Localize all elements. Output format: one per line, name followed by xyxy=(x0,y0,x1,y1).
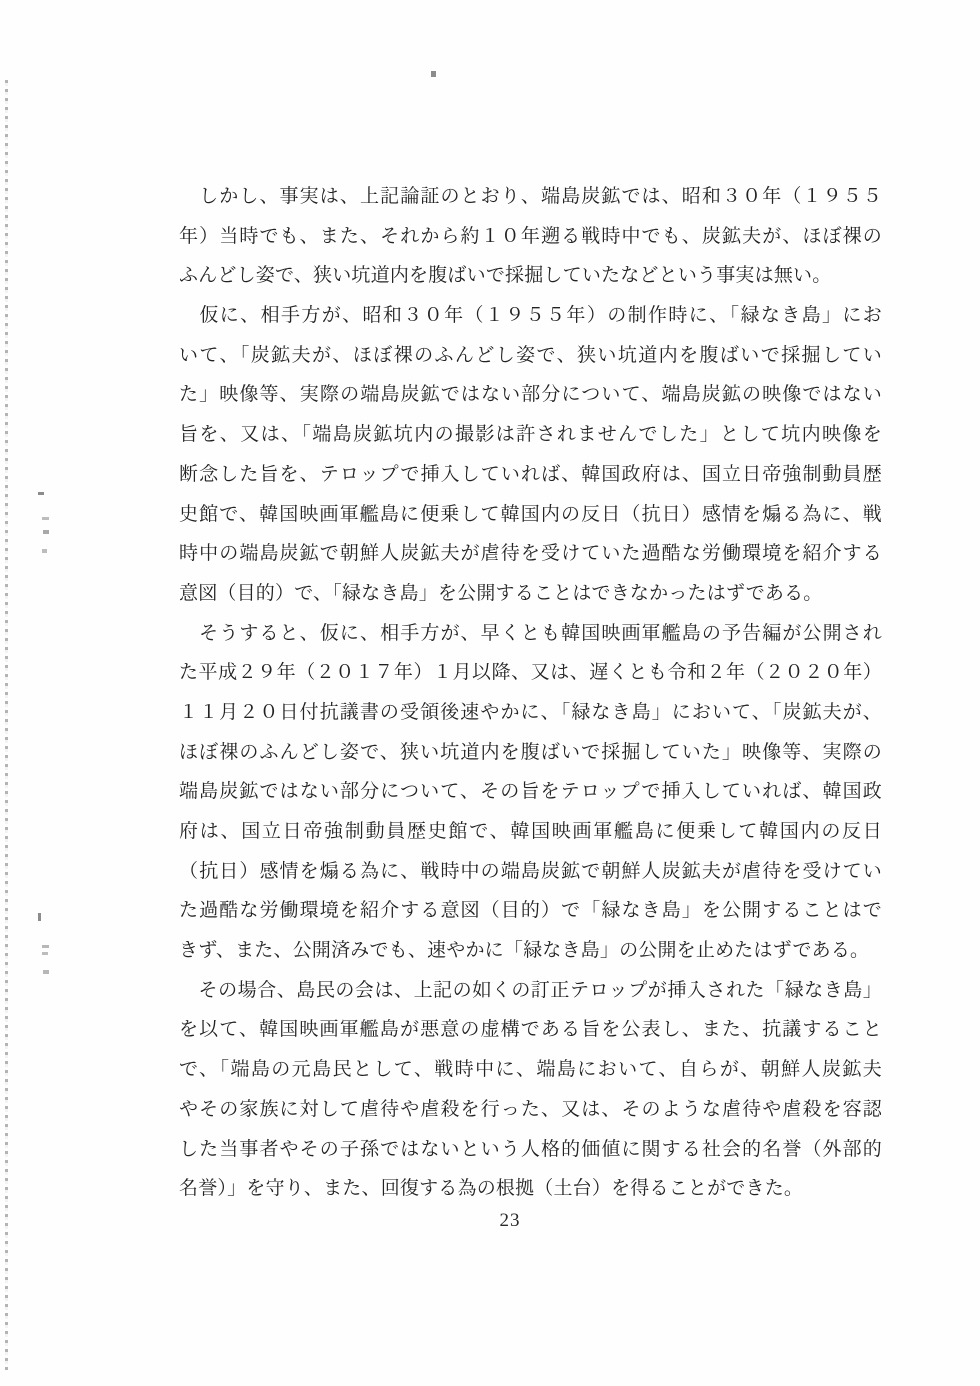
text-line: ふんどし姿で、狭い坑道内を腹ばいで採掘していたなどという事実は無い。 xyxy=(179,256,882,296)
scan-speck xyxy=(431,71,436,77)
text-line: た」映像等、実際の端島炭鉱ではない部分について、端島炭鉱の映像ではない xyxy=(179,375,882,415)
page-number: 23 xyxy=(150,1210,870,1232)
text-line: した当事者やその子孫ではないという人格的価値に関する社会的名誉（外部的 xyxy=(179,1130,882,1170)
document-text-block: しかし、事実は、上記論証のとおり、端島炭鉱では、昭和３０年（１９５５ 年）当時で… xyxy=(179,177,882,1209)
text-line: 仮に、相手方が、昭和３０年（１９５５年）の制作時に、「緑なき島」にお xyxy=(179,296,882,336)
text-line: 史館で、韓国映画軍艦島に便乗して韓国内の反日（抗日）感情を煽る為に、戦 xyxy=(179,495,882,535)
scan-speck xyxy=(38,913,41,921)
text-line: 名誉）」を守り、また、回復する為の根拠（土台）を得ることができた。 xyxy=(179,1169,882,1209)
text-line: きず、また、公開済みでも、速やかに「緑なき島」の公開を止めたはずである。 xyxy=(179,931,882,971)
scan-speck xyxy=(42,517,49,520)
text-line: 府は、国立日帝強制動員歴史館で、韓国映画軍艦島に便乗して韓国内の反日 xyxy=(179,812,882,852)
scanned-document-page: { "colors": { "page_background": "#fefef… xyxy=(0,0,980,1386)
text-line: 旨を、又は、「端島炭鉱坑内の撮影は許されませんでした」として坑内映像を xyxy=(179,415,882,455)
text-line: 時中の端島炭鉱で朝鮮人炭鉱夫が虐待を受けていた過酷な労働環境を紹介する xyxy=(179,534,882,574)
text-line: （抗日）感情を煽る為に、戦時中の端島炭鉱で朝鮮人炭鉱夫が虐待を受けてい xyxy=(179,852,882,892)
text-line: 意図（目的）で、「緑なき島」を公開することはできなかったはずである。 xyxy=(179,574,882,614)
scan-speck xyxy=(43,530,49,534)
text-line: で、「端島の元島民として、戦時中に、端島において、自らが、朝鮮人炭鉱夫 xyxy=(179,1050,882,1090)
text-line: しかし、事実は、上記論証のとおり、端島炭鉱では、昭和３０年（１９５５ xyxy=(179,177,882,217)
text-line: ほぼ裸のふんどし姿で、狭い坑道内を腹ばいで採掘していた」映像等、実際の xyxy=(179,733,882,773)
text-line: そうすると、仮に、相手方が、早くとも韓国映画軍艦島の予告編が公開され xyxy=(179,614,882,654)
text-line: いて、「炭鉱夫が、ほぼ裸のふんどし姿で、狭い坑道内を腹ばいで採掘してい xyxy=(179,336,882,376)
text-line: 年）当時でも、また、それから約１０年遡る戦時中でも、炭鉱夫が、ほぼ裸の xyxy=(179,217,882,257)
text-line: やその家族に対して虐待や虐殺を行った、又は、そのような虐待や虐殺を容認 xyxy=(179,1090,882,1130)
text-line: た平成２９年（２０１７年）１月以降、又は、遅くとも令和２年（２０２０年） xyxy=(179,653,882,693)
text-line: を以て、韓国映画軍艦島が悪意の虚構である旨を公表し、また、抗議すること xyxy=(179,1010,882,1050)
scan-speck xyxy=(42,952,48,955)
scan-speck xyxy=(42,549,47,553)
text-line: １１月２０日付抗議書の受領後速やかに、「緑なき島」において、「炭鉱夫が、 xyxy=(179,693,882,733)
scan-speck xyxy=(42,945,49,948)
scan-binding-edge-line xyxy=(5,80,8,1370)
document-page: しかし、事実は、上記論証のとおり、端島炭鉱では、昭和３０年（１９５５ 年）当時で… xyxy=(0,0,980,1386)
text-line: 端島炭鉱ではない部分について、その旨をテロップで挿入していれば、韓国政 xyxy=(179,772,882,812)
text-line: た過酷な労働環境を紹介する意図（目的）で「緑なき島」を公開することはで xyxy=(179,891,882,931)
scan-speck xyxy=(43,970,49,974)
text-line: 断念した旨を、テロップで挿入していれば、韓国政府は、国立日帝強制動員歴 xyxy=(179,455,882,495)
text-line: その場合、島民の会は、上記の如くの訂正テロップが挿入された「緑なき島」 xyxy=(179,971,882,1011)
scan-speck xyxy=(38,492,44,495)
